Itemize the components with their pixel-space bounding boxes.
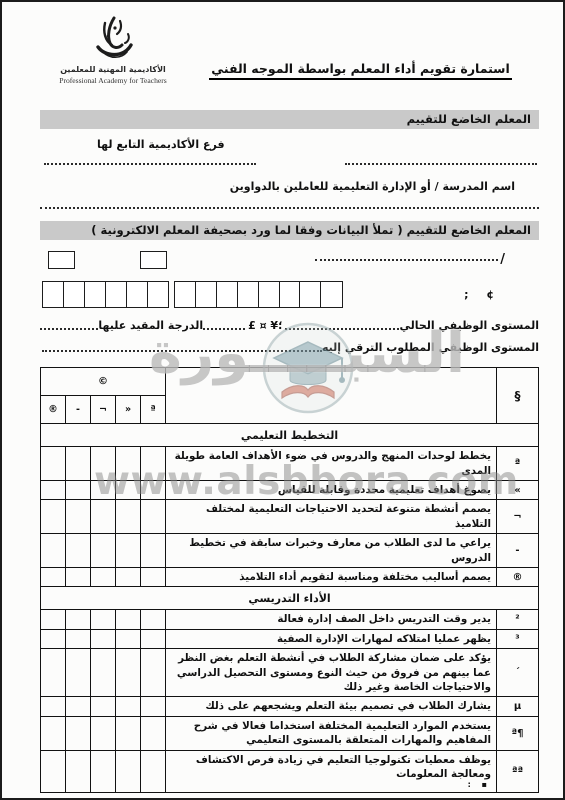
rating-cell[interactable] (66, 610, 91, 629)
rating-cell[interactable] (41, 500, 66, 534)
calligraphy-logo-icon (44, 14, 182, 66)
id-digit-box[interactable] (174, 281, 197, 308)
rating-cell[interactable] (41, 750, 66, 793)
teacher-name-fill-line[interactable] (315, 257, 498, 261)
rating-merged-header: © (41, 368, 166, 396)
rating-cell[interactable] (141, 610, 166, 629)
criteria-number: ² (497, 610, 539, 629)
branch-label-row: فرع الأكاديمية التابع لها (40, 133, 539, 152)
criteria-text: يصوغ أهداف تعليمية محددة وقابلة للقياس (166, 480, 497, 499)
rating-cell[interactable] (41, 534, 66, 568)
grade-label: الدرجة المقيد عليها (98, 319, 203, 332)
rating-cell[interactable] (66, 568, 91, 587)
id-digit-box[interactable] (42, 281, 65, 308)
section-bar-data: المعلم الخاضع للتقييم ( تملأ البيانات وف… (40, 221, 539, 240)
id-digit-box[interactable] (195, 281, 218, 308)
form-title: استمارة تقويم أداء المعلم بواسطة الموجه … (209, 61, 512, 80)
id-digit-box[interactable] (84, 281, 107, 308)
criteria-text: يصمم أنشطة متنوعة لتحديد الاحتياجات التع… (166, 500, 497, 534)
rating-cell[interactable] (116, 649, 141, 697)
rating-cell[interactable] (66, 534, 91, 568)
rating-cell[interactable] (91, 610, 116, 629)
id-digit-box[interactable] (105, 281, 128, 308)
id-label-glyphs: ; ¢ (464, 288, 501, 301)
rating-cell[interactable] (91, 534, 116, 568)
rating-cell[interactable] (141, 447, 166, 481)
promotion-level-label: المستوى الوظيفي المطلوب الترقي إليه (322, 341, 539, 354)
criteria-text: يشارك الطلاب في تصميم بيئة التعلم ويشجعه… (166, 697, 497, 716)
name-checkbox-1[interactable] (48, 251, 75, 269)
table-section-title: الأداء التدريسي (41, 587, 539, 610)
rating-cell[interactable] (66, 447, 91, 481)
rating-cell[interactable] (41, 716, 66, 750)
rating-cell[interactable] (91, 568, 116, 587)
rating-cell[interactable] (141, 750, 166, 793)
grade-fill-line[interactable] (40, 326, 98, 330)
criteria-text: يوظف معطيات تكنولوجيا التعليم في زيادة ف… (166, 750, 497, 793)
national-id-row: ; ¢ (40, 280, 539, 308)
rating-col-header: « (116, 396, 141, 424)
id-digit-box[interactable] (320, 281, 343, 308)
level-glyphs: £ ¤ ¥؛ (248, 319, 282, 332)
id-digit-box[interactable] (279, 281, 302, 308)
criteria-row: ¬يصمم أنشطة متنوعة لتحديد الاحتياجات الت… (41, 500, 539, 534)
criteria-text: يخطط لوحدات المنهج والدروس في ضوء الأهدا… (166, 447, 497, 481)
promotion-level-row: المستوى الوظيفي المطلوب الترقي إليه (40, 341, 539, 354)
rating-cell[interactable] (141, 716, 166, 750)
rating-cell[interactable] (141, 649, 166, 697)
criteria-row: µيشارك الطلاب في تصميم بيئة التعلم ويشجع… (41, 697, 539, 716)
criteria-column-header (166, 368, 497, 424)
rating-cell[interactable] (41, 568, 66, 587)
table-section-title: التخطيط التعليمي (41, 424, 539, 447)
branch-label: فرع الأكاديمية التابع لها (97, 138, 225, 151)
level-fill-line-2[interactable] (203, 326, 245, 330)
academy-logo: الأكاديمية المهنية للمعلمين Professional… (44, 14, 182, 85)
rating-cell[interactable] (116, 500, 141, 534)
criteria-number: ¬ (497, 500, 539, 534)
criteria-row: ´يؤكد على ضمان مشاركة الطلاب في أنشطة ال… (41, 649, 539, 697)
rating-cell[interactable] (116, 629, 141, 648)
rating-cell[interactable] (91, 500, 116, 534)
id-digit-box[interactable] (216, 281, 239, 308)
rating-cell[interactable] (116, 716, 141, 750)
rating-cell[interactable] (141, 534, 166, 568)
id-digit-box[interactable] (126, 281, 149, 308)
rating-cell[interactable] (116, 610, 141, 629)
rating-cell[interactable] (66, 500, 91, 534)
rating-cell[interactable] (66, 697, 91, 716)
rating-cell[interactable] (41, 697, 66, 716)
rating-cell[interactable] (141, 480, 166, 499)
school-label: اسم المدرسة / أو الإدارة التعليمية للعام… (40, 180, 539, 194)
rating-cell[interactable] (116, 697, 141, 716)
branch-fill-row (40, 161, 539, 165)
rating-cell[interactable] (66, 629, 91, 648)
criteria-row: ®يصمم أساليب مختلفة ومناسبة لتقويم أداء … (41, 568, 539, 587)
current-level-label: المستوى الوظيفي الحالي (399, 319, 539, 332)
rating-cell[interactable] (66, 750, 91, 793)
rating-col-header: ® (41, 396, 66, 424)
rating-cell[interactable] (141, 500, 166, 534)
rating-cell[interactable] (91, 716, 116, 750)
criteria-number: ® (497, 568, 539, 587)
teacher-name-row: / (40, 249, 539, 270)
criteria-row: ²يدير وقت التدريس داخل الصف إدارة فعالة (41, 610, 539, 629)
criteria-sub-glyphs: : ▪ (169, 781, 491, 790)
academy-name-arabic: الأكاديمية المهنية للمعلمين (44, 66, 182, 74)
criteria-number: ª¶ (497, 716, 539, 750)
id-digit-box[interactable] (237, 281, 260, 308)
promotion-fill-line[interactable] (42, 348, 322, 352)
rating-cell[interactable] (41, 447, 66, 481)
school-fill-line[interactable] (40, 205, 539, 209)
rating-col-header: ¬ (91, 396, 116, 424)
criteria-row: ³يظهر عمليا امتلاكه لمهارات الإدارة الصف… (41, 629, 539, 648)
rating-cell[interactable] (141, 697, 166, 716)
name-checkbox-2[interactable] (140, 251, 167, 269)
criteria-text: يستخدم الموارد التعليمية المختلفة استخدا… (166, 716, 497, 750)
name-slash: / (500, 253, 505, 266)
rating-cell[interactable] (41, 629, 66, 648)
rating-cell[interactable] (91, 649, 116, 697)
current-level-fill-line[interactable] (285, 326, 399, 330)
rating-cell[interactable] (116, 750, 141, 793)
rating-cell[interactable] (91, 480, 116, 499)
branch-fill-line[interactable] (44, 161, 256, 165)
rating-cell[interactable] (91, 697, 116, 716)
rating-cell[interactable] (41, 480, 66, 499)
criteria-number: ª (497, 447, 539, 481)
rating-cell[interactable] (66, 716, 91, 750)
criteria-text: يدير وقت التدريس داخل الصف إدارة فعالة (166, 610, 497, 629)
evaluation-table: §©ª«¬-®التخطيط التعليميªيخطط لوحدات المن… (40, 367, 539, 793)
rating-cell[interactable] (91, 629, 116, 648)
form-header: الأكاديمية المهنية للمعلمين Professional… (2, 2, 563, 98)
rating-cell[interactable] (66, 480, 91, 499)
academy-name-english: Professional Academy for Teachers (44, 76, 182, 85)
rating-col-header: ª (141, 396, 166, 424)
rating-cell[interactable] (116, 480, 141, 499)
rating-cell[interactable] (91, 447, 116, 481)
rating-cell[interactable] (41, 649, 66, 697)
id-digit-box[interactable] (63, 281, 86, 308)
name-fill-line[interactable] (345, 161, 537, 165)
criteria-text: يراعي ما لدى الطلاب من معارف وخبرات سابق… (166, 534, 497, 568)
criteria-row: ªيخطط لوحدات المنهج والدروس في ضوء الأهد… (41, 447, 539, 481)
rating-cell[interactable] (116, 568, 141, 587)
criteria-text: يظهر عمليا امتلاكه لمهارات الإدارة الصفي… (166, 629, 497, 648)
criteria-number: « (497, 480, 539, 499)
rating-cell[interactable] (141, 629, 166, 648)
criteria-row: -يراعي ما لدى الطلاب من معارف وخبرات ساب… (41, 534, 539, 568)
rating-cell[interactable] (91, 750, 116, 793)
id-digit-box[interactable] (258, 281, 281, 308)
rating-cell[interactable] (116, 534, 141, 568)
rating-cell[interactable] (116, 447, 141, 481)
criteria-number: - (497, 534, 539, 568)
criteria-number: ´ (497, 649, 539, 697)
criteria-row: «يصوغ أهداف تعليمية محددة وقابلة للقياس (41, 480, 539, 499)
id-digit-box[interactable] (299, 281, 322, 308)
number-column-header: § (497, 368, 539, 424)
scanned-form-page: الأكاديمية المهنية للمعلمين Professional… (0, 0, 565, 800)
criteria-row: ª¶يستخدم الموارد التعليمية المختلفة استخ… (41, 716, 539, 750)
criteria-text: يؤكد على ضمان مشاركة الطلاب في أنشطة الت… (166, 649, 497, 697)
criteria-number: µ (497, 697, 539, 716)
rating-cell[interactable] (41, 610, 66, 629)
rating-cell[interactable] (66, 649, 91, 697)
rating-cell[interactable] (141, 568, 166, 587)
criteria-row: ªªيوظف معطيات تكنولوجيا التعليم في زيادة… (41, 750, 539, 793)
current-level-row: المستوى الوظيفي الحالي £ ¤ ¥؛ الدرجة الم… (40, 319, 539, 332)
criteria-number: ªª (497, 750, 539, 793)
criteria-number: ³ (497, 629, 539, 648)
rating-col-header: - (66, 396, 91, 424)
id-digit-box[interactable] (147, 281, 170, 308)
section-bar-evaluee: المعلم الخاضع للتقييم (40, 110, 539, 129)
criteria-text: يصمم أساليب مختلفة ومناسبة لتقويم أداء ا… (166, 568, 497, 587)
